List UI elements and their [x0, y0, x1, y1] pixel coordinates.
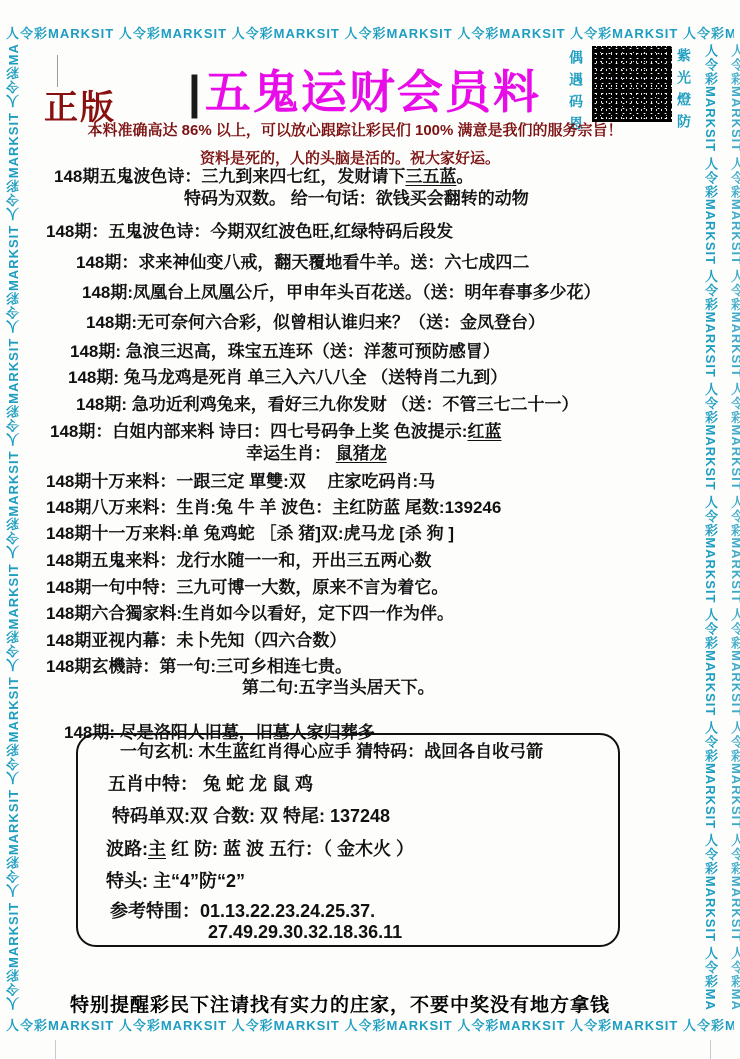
line-text: 一句玄机: 木生蓝红肖得心应手 猜特码：战回各自收弓箭 — [120, 742, 543, 761]
line-text: 148期玄機詩：第一句:三可乡相连七贵。 — [46, 657, 352, 676]
line-text: 幸运生肖： — [246, 444, 336, 463]
content-line: 148期十一万来料:单 兔鸡蛇 ［杀 猪]双:虎马龙 [杀 狗 ] — [46, 523, 706, 544]
line-text: 特码为双数。 给一句话：欲钱买会翻转的动物 — [184, 189, 529, 208]
content-line: 148期: 急功近利鸡兔来，看好三九你发财 （送：不管三七二十一） — [46, 394, 706, 415]
line-text: 。 — [456, 167, 473, 186]
border-top: 人令彩MARKSIT 人令彩MARKSIT 人令彩MARKSIT 人令彩MARK… — [6, 24, 734, 44]
line-text: 红 防: 蓝 波 五行：（ 金木火 ） — [166, 839, 414, 859]
content-line: 148期: 兔马龙鸡是死肖 单三入六八八全 （送特肖二九到） — [46, 367, 706, 388]
content-line: 148期:无可奈何六合彩，似曾相认谁归来？（送：金凤登台） — [46, 312, 706, 333]
page-edge-line — [55, 1040, 56, 1059]
line-text: 148期五鬼来料：龙行水随一一和，开出三五两心数 — [46, 551, 431, 570]
line-text: 波路: — [106, 839, 148, 859]
content-line: 波路:主 红 防: 蓝 波 五行：（ 金木火 ） — [98, 839, 604, 860]
content-line: 特码单双:双 合数: 双 特尾: 137248 — [98, 806, 604, 827]
content-line: 五肖中特： 兔 蛇 龙 鼠 鸡 — [98, 774, 604, 795]
line-text: 148期: 急功近利鸡兔来，看好三九你发财 （送：不管三七二十一） — [76, 395, 578, 414]
line-text: 五肖中特： 兔 蛇 龙 鼠 鸡 — [108, 774, 313, 794]
content-line: 148期玄機詩：第一句:三可乡相连七贵。 — [46, 656, 706, 677]
line-text: 148期：五鬼波色诗：今期双红波色旺,红绿特码后段发 — [46, 222, 453, 241]
content-line: 27.49.29.30.32.18.36.11 — [98, 922, 604, 943]
title-bar-glyph: | — [188, 66, 203, 118]
page-title-text: 五鬼运财会员料 — [205, 66, 541, 118]
content-line: 特码为双数。 给一句话：欲钱买会翻转的动物 — [46, 188, 706, 209]
content-line: 148期十万来料：一跟三定 單雙:双 庄家吃码肖:马 — [46, 471, 706, 492]
accuracy-tagline: 本料准确高达 86% 以上，可以放心跟踪让彩民们 100% 满意是我们的服务宗旨… — [0, 119, 710, 140]
line-text: 148期: 兔马龙鸡是死肖 单三入六八八全 （送特肖二九到） — [68, 368, 507, 387]
line-text: 第二句:五字当头居天下。 — [242, 678, 435, 697]
line-text: 特码单双:双 合数: 双 特尾: 137248 — [112, 806, 390, 826]
line-text: 148期六合獨家料:生肖如今以看好，定下四一作为伴。 — [46, 604, 454, 623]
page-edge-line — [710, 1040, 711, 1059]
highlighted-pick: 三五蓝 — [405, 167, 456, 186]
luck-tagline: 资料是死的，人的头脑是活的。祝大家好运。 — [0, 147, 700, 168]
highlighted-pick: 鼠猪龙 — [336, 444, 387, 463]
content-line: 一句玄机: 木生蓝红肖得心应手 猜特码：战回各自收弓箭 — [98, 741, 604, 762]
content-line: 148期：五鬼波色诗：今期双红波色旺,红绿特码后段发 — [46, 221, 706, 242]
content-line: 148期六合獨家料:生肖如今以看好，定下四一作为伴。 — [46, 603, 706, 624]
line-text: 148期五鬼波色诗：三九到来四七红，发财请下 — [54, 167, 405, 186]
line-text: 148期：白姐内部来料 诗曰：四七号码争上奖 色波提示: — [50, 422, 467, 441]
content-line: 148期八万来料：生肖:兔 牛 羊 波色：主红防蓝 尾数:139246 — [46, 497, 706, 518]
border-left: 人令彩MARKSIT 人令彩MARKSIT 人令彩MARKSIT 人令彩MARK… — [4, 44, 24, 1010]
content-line: 幸运生肖： 鼠猪龙 — [46, 443, 706, 464]
line-text: 特头: 主“4”防“2” — [106, 871, 245, 891]
content-line: 第二句:五字当头居天下。 — [46, 677, 706, 698]
line-text: 148期:无可奈何六合彩，似曾相认谁归来？（送：金凤登台） — [86, 313, 545, 332]
line-text: 148期：求来神仙变八戒，翻天覆地看牛羊。送：六七成四二 — [76, 253, 529, 272]
highlighted-pick: 主 — [148, 839, 166, 859]
line-text: 148期八万来料：生肖:兔 牛 羊 波色：主红防蓝 尾数:139246 — [46, 498, 501, 517]
content-line: 148期：求来神仙变八戒，翻天覆地看牛羊。送：六七成四二 — [46, 252, 706, 273]
content-line: 148期五鬼波色诗：三九到来四七红，发财请下三五蓝。 — [46, 166, 706, 187]
line-text: 148期:凤凰台上凤凰公斤，甲申年头百花送。（送：明年春事多少花） — [82, 283, 601, 302]
content-line: 148期: 急浪三迟高，珠宝五连环（送：洋葱可预防感冒） — [46, 341, 706, 362]
content-line: 参考特围：01.13.22.23.24.25.37. — [98, 901, 604, 922]
line-text: 148期亚视内幕：未卜先知（四六合数） — [46, 631, 346, 650]
border-right-outer: 人令彩MARKSIT 人令彩MARKSIT 人令彩MARKSIT 人令彩MARK… — [726, 44, 740, 1010]
line-text: 27.49.29.30.32.18.36.11 — [208, 922, 402, 942]
tip-lines: 148期五鬼波色诗：三九到来四七红，发财请下三五蓝。特码为双数。 给一句话：欲钱… — [46, 166, 706, 743]
highlighted-pick: 红蓝 — [467, 422, 501, 441]
content-line: 特头: 主“4”防“2” — [98, 871, 604, 892]
content-line: 148期亚视内幕：未卜先知（四六合数） — [46, 630, 706, 651]
border-bottom: 人令彩MARKSIT 人令彩MARKSIT 人令彩MARKSIT 人令彩MARK… — [6, 1016, 734, 1036]
lottery-tip-sheet: 人令彩MARKSIT 人令彩MARKSIT 人令彩MARKSIT 人令彩MARK… — [0, 0, 740, 1059]
page-title: |五鬼运财会员料 — [188, 56, 541, 122]
line-text: 148期十一万来料:单 兔鸡蛇 ［杀 猪]双:虎马龙 [杀 狗 ] — [46, 524, 454, 543]
line-text: 148期十万来料：一跟三定 單雙:双 庄家吃码肖:马 — [46, 472, 435, 491]
special-prediction-box: 一句玄机: 木生蓝红肖得心应手 猜特码：战回各自收弓箭五肖中特： 兔 蛇 龙 鼠… — [76, 733, 620, 947]
line-text: 参考特围：01.13.22.23.24.25.37. — [110, 901, 375, 921]
anticounterfeit-scratch-box — [592, 46, 672, 122]
content-line: 148期:凤凰台上凤凰公斤，甲申年头百花送。（送：明年春事多少花） — [46, 282, 706, 303]
content-line: 148期：白姐内部来料 诗曰：四七号码争上奖 色波提示:红蓝 — [46, 421, 706, 442]
content-line: 148期五鬼来料：龙行水随一一和，开出三五两心数 — [46, 550, 706, 571]
content-line: 148期一句中特：三九可博一大数，原来不言为着它。 — [46, 577, 706, 598]
line-text: 148期一句中特：三九可博一大数，原来不言为着它。 — [46, 578, 448, 597]
line-text: 148期: 急浪三迟高，珠宝五连环（送：洋葱可预防感冒） — [70, 342, 500, 361]
bettor-reminder: 特别提醒彩民下注请找有实力的庄家，不要中奖没有地方拿钱 — [0, 990, 680, 1017]
